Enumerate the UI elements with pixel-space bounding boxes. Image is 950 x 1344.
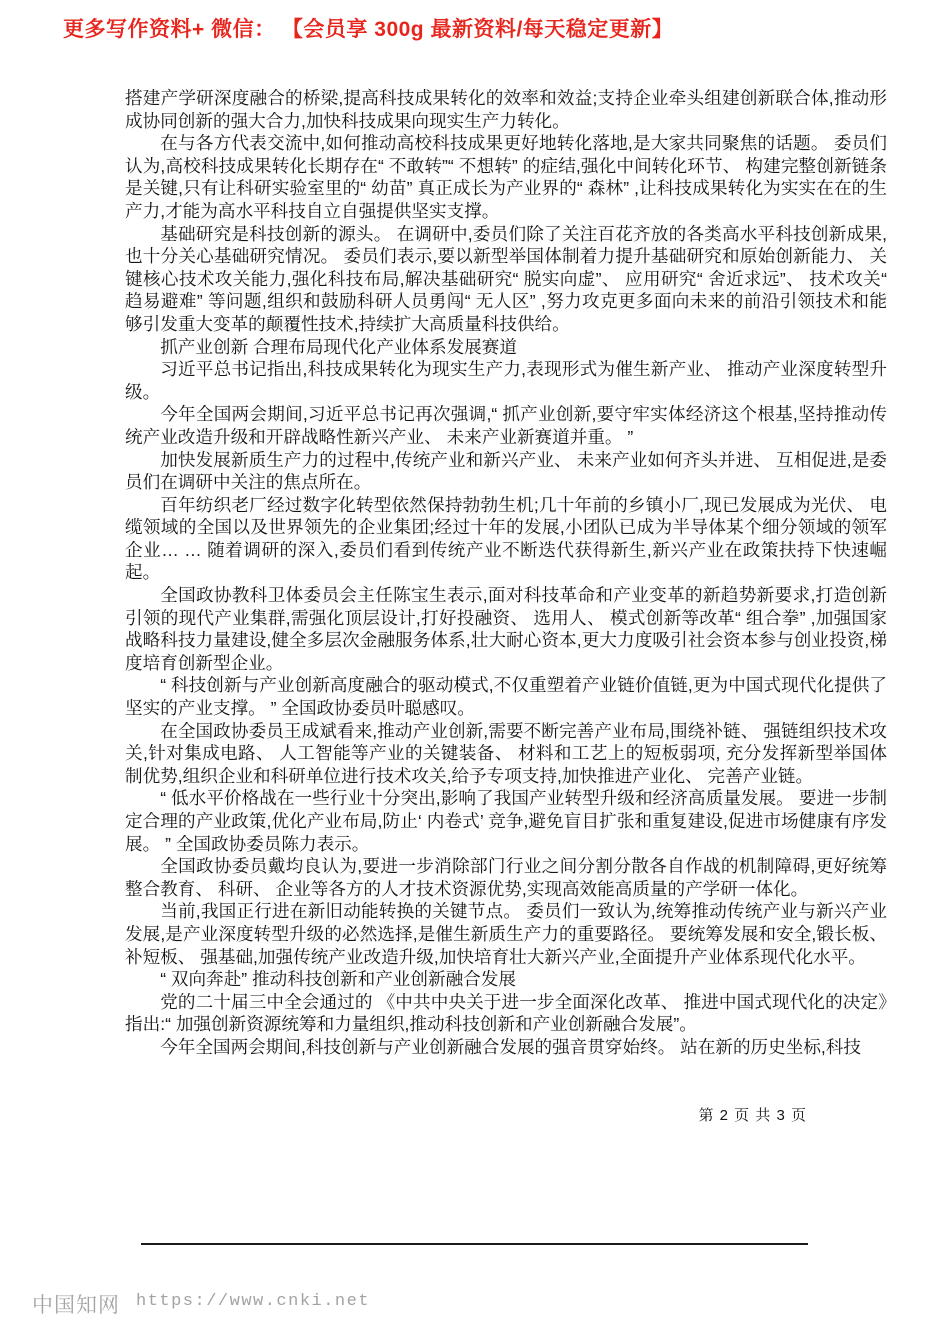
document-page: 更多写作资料+ 微信： 【会员享 300g 最新资料/每天稳定更新】 搭建产学研… — [0, 0, 950, 1344]
subheading: 抓产业创新 合理布局现代化产业体系发展赛道 — [125, 336, 887, 359]
paragraph: 基础研究是科技创新的源头。 在调研中,委员们除了关注百花齐放的各类高水平科技创新… — [125, 223, 887, 336]
subheading: “ 双向奔赴” 推动科技创新和产业创新融合发展 — [125, 968, 887, 991]
paragraph: 今年全国两会期间,习近平总书记再次强调,“ 抓产业创新,要守牢实体经济这个根基,… — [125, 403, 887, 448]
paragraph: 党的二十届三中全会通过的 《中共中央关于进一步全面深化改革、 推进中国式现代化的… — [125, 991, 887, 1036]
paragraph: 加快发展新质生产力的过程中,传统产业和新兴产业、 未来产业如何齐头并进、 互相促… — [125, 449, 887, 494]
paragraph: 在与各方代表交流中,如何推动高校科技成果更好地转化落地,是大家共同聚焦的话题。 … — [125, 132, 887, 222]
cnki-brand-text: 中国知网 — [32, 1289, 120, 1319]
paragraph: 全国政协委员戴均良认为,要进一步消除部门行业之间分割分散各自作战的机制障碍,更好… — [125, 855, 887, 900]
paragraph: “ 科技创新与产业创新高度融合的驱动模式,不仅重塑着产业链价值链,更为中国式现代… — [125, 674, 887, 719]
document-body: 搭建产学研深度融合的桥梁,提高科技成果转化的效率和效益;支持企业牵头组建创新联合… — [125, 87, 887, 1059]
paragraph: 在全国政协委员王成斌看来,推动产业创新,需要不断完善产业布局,围绕补链、 强链组… — [125, 720, 887, 788]
paragraph: 百年纺织老厂经过数字化转型依然保持勃勃生机;几十年前的乡镇小厂,现已发展成为光伏… — [125, 494, 887, 584]
paragraph: “ 低水平价格战在一些行业十分突出,影响了我国产业转型升级和经济高质量发展。 要… — [125, 787, 887, 855]
paragraph: 今年全国两会期间,科技创新与产业创新融合发展的强音贯穿始终。 站在新的历史坐标,… — [125, 1036, 887, 1059]
paragraph: 当前,我国正行进在新旧动能转换的关键节点。 委员们一致认为,统筹推动传统产业与新… — [125, 900, 887, 968]
paragraph: 搭建产学研深度融合的桥梁,提高科技成果转化的效率和效益;支持企业牵头组建创新联合… — [125, 87, 887, 132]
paragraph: 习近平总书记指出,科技成果转化为现实生产力,表现形式为催生新产业、 推动产业深度… — [125, 358, 887, 403]
footer-divider-line — [141, 1243, 808, 1245]
header-promo-text: 更多写作资料+ 微信： 【会员享 300g 最新资料/每天稳定更新】 — [63, 13, 673, 43]
page-number-indicator: 第 2 页 共 3 页 — [125, 1104, 807, 1125]
paragraph: 全国政协教科卫体委员会主任陈宝生表示,面对科技革命和产业变革的新趋势新要求,打造… — [125, 584, 887, 674]
cnki-url-link[interactable]: https://www.cnki.net — [136, 1292, 370, 1311]
